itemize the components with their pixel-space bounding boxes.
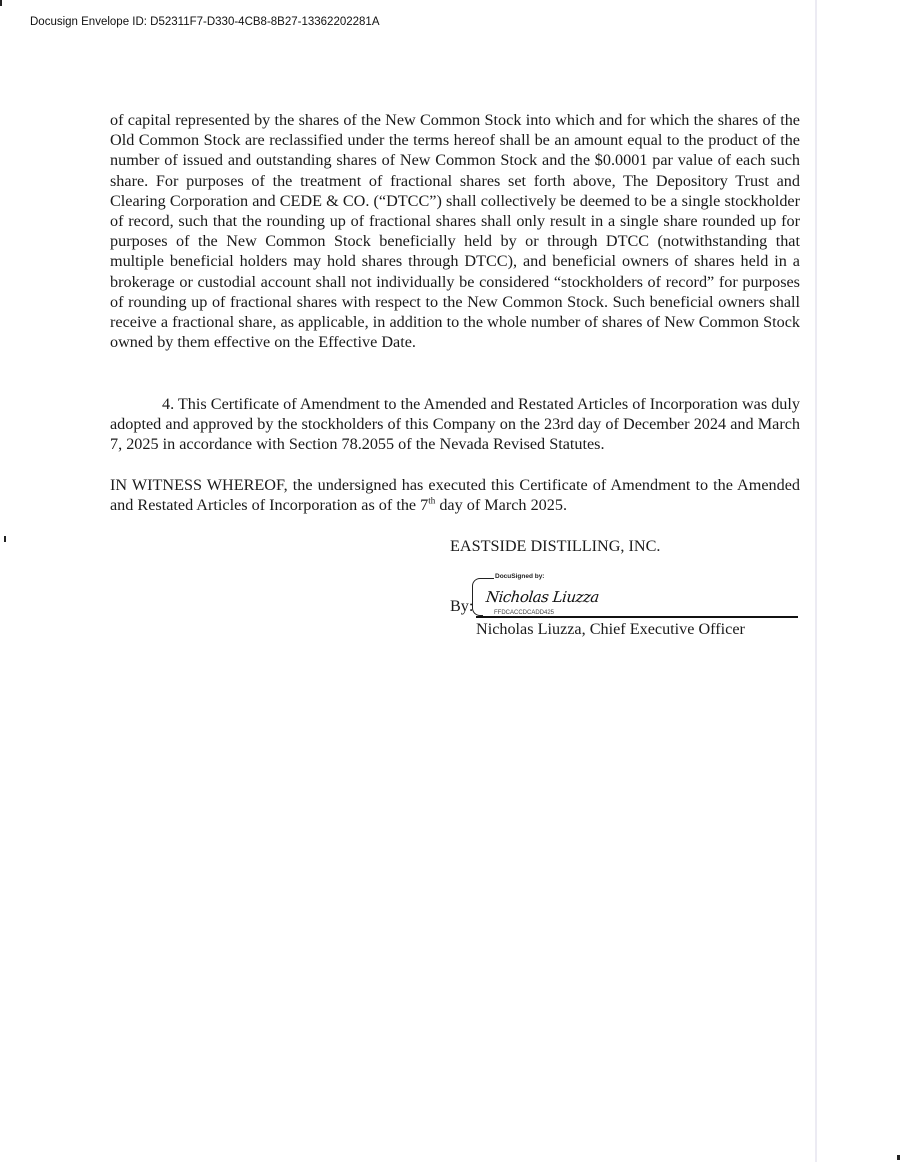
signature-hash: FFDCACCDCADD425 [494,609,554,614]
witness-text-end: day of March 2025. [435,496,567,514]
signature-line [476,616,798,618]
paragraph-in-witness-whereof: IN WITNESS WHEREOF, the undersigned has … [110,475,800,515]
docusign-frame-line [480,578,494,579]
scan-artifact [0,0,2,6]
by-label: By: [450,597,473,616]
signer-name-title: Nicholas Liuzza, Chief Executive Officer [476,620,745,639]
handwritten-signature: Nicholas Liuzza [485,588,600,606]
docusign-bracket-icon [472,578,483,616]
paragraph-section-4-adoption: 4. This Certificate of Amendment to the … [110,394,800,455]
docusign-label: DocuSigned by: [495,573,544,580]
scan-artifact [4,536,6,542]
docusign-envelope-id: Docusign Envelope ID: D52311F7-D330-4CB8… [30,16,380,28]
company-name: EASTSIDE DISTILLING, INC. [450,537,660,556]
page-edge-divider [815,0,817,1162]
paragraph-capital-fractional-shares: of capital represented by the shares of … [110,110,800,352]
